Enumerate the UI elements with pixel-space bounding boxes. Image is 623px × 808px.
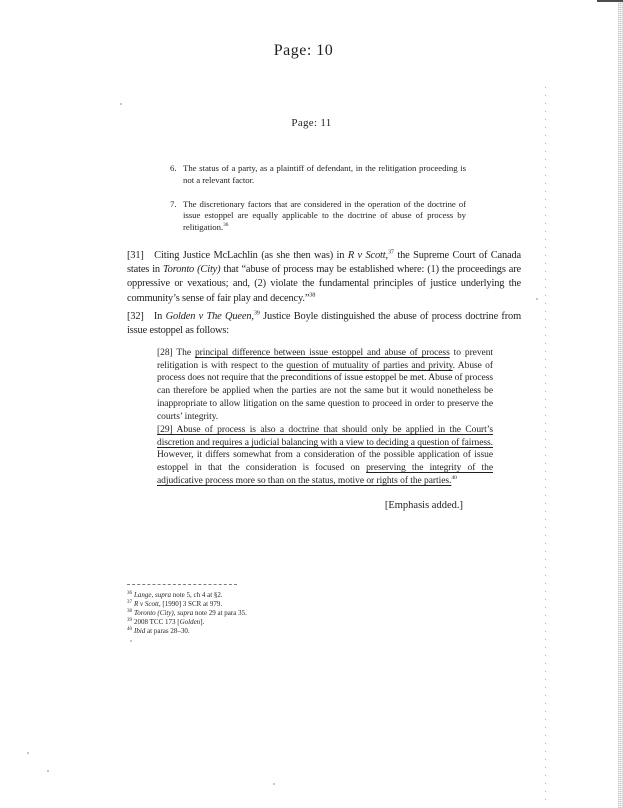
block-quote-28: [28] The principal difference between is…: [157, 347, 493, 423]
outer-page-number: Page: 10: [0, 42, 615, 60]
footnote-text: Lange, supra note 5, ch 4 at §2.: [134, 591, 223, 599]
footnotes-section: 36Lange, supra note 5, ch 4 at §2. 37R v…: [127, 584, 377, 636]
emphasis-note: [Emphasis added.]: [157, 500, 463, 511]
item-text: The status of a party, as a plaintiff of…: [183, 163, 466, 187]
top-right-scan-mark: [597, 0, 623, 2]
footnote-separator: [127, 584, 237, 585]
footnote: 38Toronto (City), supra note 29 at para …: [127, 609, 377, 618]
paragraph-31: [31] Citing Justice McLachlin (as she th…: [127, 249, 521, 306]
scan-speckle: [47, 770, 49, 772]
footnote-text: Ibid at paras 28–30.: [134, 627, 190, 635]
list-item: 7. The discretionary factors that are co…: [170, 199, 466, 234]
scan-speckle: [536, 298, 538, 300]
scanned-document-page: Page: 10 Page: 11 6. The status of a par…: [0, 0, 623, 808]
footnote: 40Ibid at paras 28–30.: [127, 627, 377, 636]
item-text: The discretionary factors that are consi…: [183, 199, 466, 234]
footnote-text: Toronto (City), supra note 29 at para 35…: [134, 609, 247, 617]
footnote: 36Lange, supra note 5, ch 4 at §2.: [127, 591, 377, 600]
block-quote-29: [29] Abuse of process is also a doctrine…: [157, 424, 493, 488]
scan-edge-noise: [618, 0, 623, 808]
numbered-list: 6. The status of a party, as a plaintiff…: [170, 163, 466, 246]
item-number: 7.: [170, 199, 183, 234]
footnote-number: 36: [127, 591, 132, 596]
footnote-number: 37: [127, 600, 132, 605]
scan-speckle: [273, 783, 275, 785]
inner-page-number: Page: 11: [0, 117, 623, 129]
footnote-text: R v Scott, [1990] 3 SCR at 979.: [134, 600, 222, 608]
item-number: 6.: [170, 163, 183, 187]
scan-speckle: [120, 103, 122, 105]
paragraph-32: [32] In Golden v The Queen,39 Justice Bo…: [127, 310, 521, 338]
footnote-number: 38: [127, 609, 132, 614]
footnote-number: 39: [127, 618, 132, 623]
scan-speckle: [27, 752, 29, 754]
footnote: 392008 TCC 173 [Golden].: [127, 618, 377, 627]
inner-page-edge-dotted-line: [545, 85, 546, 800]
scan-speckle: [130, 640, 132, 642]
footnote: 37R v Scott, [1990] 3 SCR at 979.: [127, 600, 377, 609]
list-item: 6. The status of a party, as a plaintiff…: [170, 163, 466, 187]
footnote-text: 2008 TCC 173 [Golden].: [134, 618, 204, 626]
footnote-number: 40: [127, 627, 132, 632]
